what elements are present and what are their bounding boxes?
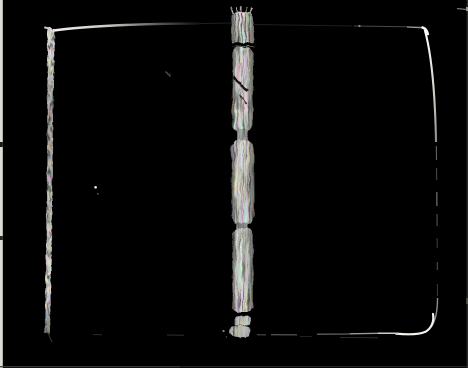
dust-speck xyxy=(97,193,99,195)
scan-bottom-line-bright xyxy=(0,366,180,367)
sliver-notch xyxy=(0,142,3,147)
sliver-notch xyxy=(0,236,3,240)
top-edge-bright-dash xyxy=(407,27,422,28)
bottom-edge-dash xyxy=(350,333,378,334)
spine-tie-band xyxy=(229,42,254,46)
spine-tail-knob xyxy=(234,315,250,325)
fray-dot xyxy=(221,330,223,332)
left-page-top-edge-faint xyxy=(198,23,232,24)
book-scan-photo xyxy=(0,0,468,368)
top-edge-dot xyxy=(358,25,360,27)
fray-dot xyxy=(225,335,227,337)
book-scan-svg xyxy=(0,0,468,368)
dust-speck xyxy=(94,186,97,189)
scan-left-sliver xyxy=(0,0,3,368)
spine-tail-fray xyxy=(228,325,250,337)
